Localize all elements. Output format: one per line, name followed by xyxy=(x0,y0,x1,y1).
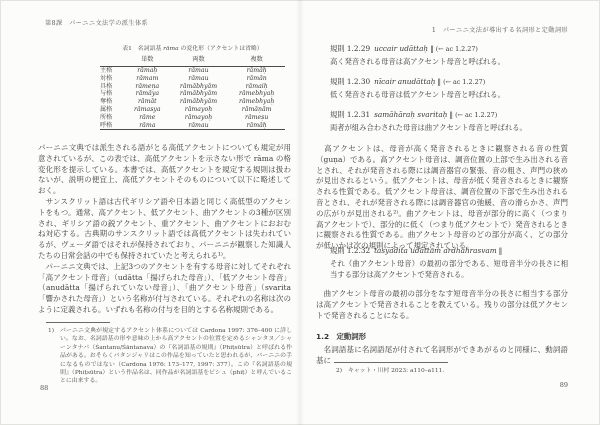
declension-table: 単数 両数 複数 主格 rāmaḥ rāmau rāmāḥ 対格 rāmam r… xyxy=(100,54,285,130)
danda-mark: ‖ xyxy=(430,44,434,53)
table-row-ablative: 奪格 rāmāt rāmābhyām rāmebhyaḥ xyxy=(100,98,285,106)
rule-1229: 規則 1.2.29uccair udāttaḥ‖(← ac 1.2.27) 高く… xyxy=(330,43,568,67)
paragraph-svarita-explanation: 曲アクセント母音の最初の部分をなす短母音半分の長さに相当する部分は高アクセントで… xyxy=(316,289,568,321)
footnote-separator-left xyxy=(46,322,110,323)
rule-translation: 両者が組み合わされた母音は曲アクセント母音と呼ばれる。 xyxy=(330,122,568,133)
case-label: 主格 xyxy=(100,67,126,75)
page-seam xyxy=(296,0,304,425)
case-label: 奪格 xyxy=(100,98,126,106)
form-sg: rāmāya xyxy=(126,90,169,98)
form-pl: rāmebhyaḥ xyxy=(228,98,285,106)
rule-1232: 規則 1.2.32tasyādita udāttam ardhahrasvam‖… xyxy=(330,245,568,280)
case-label: 属格 xyxy=(100,106,126,114)
rule-anuvrtti-note: (← ac 1.2.27) xyxy=(436,45,478,53)
table-row-accusative: 対格 rāmam rāmau rāmān xyxy=(100,75,285,83)
footnote-text: キャット・川村 2023: a110–a111. xyxy=(348,367,568,375)
page-number-right: 89 xyxy=(540,381,568,389)
form-sg: rāmasya xyxy=(126,106,169,114)
danda-mark: ‖ xyxy=(499,246,503,255)
table-row-instrumental: 具格 rāmeṇa rāmābhyām rāmaiḥ xyxy=(100,83,285,91)
footnote-separator-right xyxy=(334,362,448,363)
left-body-text: パーニニ文典では派生される語がとる高低アクセントについても規定が用意されているが… xyxy=(38,143,291,316)
case-label: 呼格 xyxy=(100,122,126,130)
right-body-text-1: 高アクセントは、母音が高く発音されるときに観察される音の性質（guṇa）である。… xyxy=(316,144,568,252)
footnote-right: 2) キャット・川村 2023: a110–a111. xyxy=(336,367,568,375)
form-du: rāmābhyām xyxy=(169,98,229,106)
right-body-text-2: 曲アクセント母音の最初の部分をなす短母音半分の長さに相当する部分は高アクセントで… xyxy=(316,289,568,321)
danda-mark: ‖ xyxy=(449,110,453,119)
paragraph-accent-intro: パーニニ文典では派生される語がとる高低アクセントについても規定が用意されているが… xyxy=(38,143,291,197)
rule-translation: 高く発音される母音は高アクセント母音と呼ばれる。 xyxy=(330,56,568,67)
rule-head: 規則 1.2.30nīcair anudāttaḥ‖(← ac 1.2.27) xyxy=(330,76,568,89)
footnote-number: 1) xyxy=(48,327,60,386)
rule-sutra: nīcair anudāttaḥ xyxy=(374,77,435,86)
header-empty-cell xyxy=(100,54,126,67)
footnote-text: パーニニ文典が規定するアクセント体系については Cardona 1997: 37… xyxy=(60,327,292,386)
form-du: rāmau xyxy=(169,67,229,75)
form-sg: rāmeṇa xyxy=(126,83,169,91)
form-du: rāmābhyām xyxy=(169,90,229,98)
rule-anuvrtti-note: (← ac 1.2.27) xyxy=(455,111,497,119)
rule-anuvrtti-note: (← ac 1.2.27) xyxy=(443,78,485,86)
section-heading: 1.2 定動詞形 xyxy=(316,331,366,342)
table-row-nominative: 主格 rāmaḥ rāmau rāmāḥ xyxy=(100,67,285,75)
form-du: rāmayoḥ xyxy=(169,114,229,122)
header-dual: 両数 xyxy=(169,54,229,67)
form-sg: rāme xyxy=(126,114,169,122)
case-label: 対格 xyxy=(100,75,126,83)
form-pl: rāmāṇām xyxy=(228,106,285,114)
rule-number: 規則 1.2.30 xyxy=(330,77,370,86)
header-plural: 複数 xyxy=(228,54,285,67)
table-caption-suffix: の変化形（アクセントは省略） xyxy=(179,46,263,52)
table-caption-prefix: 表1 名詞語基 xyxy=(122,46,163,52)
table-row-vocative: 呼格 rāma rāmau rāmāḥ xyxy=(100,122,285,130)
form-pl: rāmān xyxy=(228,75,285,83)
section-space xyxy=(329,332,336,341)
book-spread: 第8課 パーニニ文法学の派生体系 表1 名詞語基 rāma の変化形（アクセント… xyxy=(0,0,600,425)
table-row-locative: 所格 rāme rāmayoḥ rāmeṣu xyxy=(100,114,285,122)
rule-1231: 規則 1.2.31samāhāraḥ svaritaḥ‖(← ac 1.2.27… xyxy=(330,109,568,133)
rule-head: 規則 1.2.31samāhāraḥ svaritaḥ‖(← ac 1.2.27… xyxy=(330,109,568,122)
form-sg: rāmam xyxy=(126,75,169,83)
form-pl: rāmāḥ xyxy=(228,122,285,130)
table-caption-stem-word: rāma xyxy=(163,46,178,52)
form-sg: rāma xyxy=(126,122,169,130)
right-body-text-3: 名詞語基に名詞語尾が付されて名詞形ができあがるのと同様に、動詞語基に xyxy=(316,345,568,367)
header-singular: 単数 xyxy=(126,54,169,67)
form-pl: rāmeṣu xyxy=(228,114,285,122)
footnote-left: 1) パーニニ文典が規定するアクセント体系については Cardona 1997:… xyxy=(48,327,292,386)
section-number: 1.2 xyxy=(316,332,329,341)
form-du: rāmau xyxy=(169,122,229,130)
form-pl: rāmaiḥ xyxy=(228,83,285,91)
rule-number: 規則 1.2.31 xyxy=(330,110,370,119)
case-label: 所格 xyxy=(100,114,126,122)
form-sg: rāmaḥ xyxy=(126,67,169,75)
form-du: rāmābhyām xyxy=(169,83,229,91)
paragraph-accent-names: パーニニ文典では、上記3つのアクセントを有する母音に対してそれぞれ「高アクセント… xyxy=(38,262,291,316)
rule-sutra: uccair udāttaḥ xyxy=(374,44,428,53)
form-sg: rāmāt xyxy=(126,98,169,106)
rule-sutra: samāhāraḥ svaritaḥ xyxy=(374,110,447,119)
danda-mark: ‖ xyxy=(437,77,441,86)
form-pl: rāmebhyaḥ xyxy=(228,90,285,98)
rule-1230: 規則 1.2.30nīcair anudāttaḥ‖(← ac 1.2.27) … xyxy=(330,76,568,100)
table-row-genitive: 属格 rāmasya rāmayoḥ rāmāṇām xyxy=(100,106,285,114)
rule-translation: 低く発音される母音は低アクセント母音と呼ばれる。 xyxy=(330,89,568,100)
running-head-right: 1 パーニニ文法が導出する名詞形と定動詞形 xyxy=(316,25,568,34)
paragraph-finite-verb-intro: 名詞語基に名詞語尾が付されて名詞形ができあがるのと同様に、動詞語基に xyxy=(316,345,568,367)
form-du: rāmau xyxy=(169,75,229,83)
rule-translation: それ（曲アクセント母音）の最初の部分である、短母音半分の長さに相当する部分は高ア… xyxy=(330,258,568,280)
form-du: rāmayoḥ xyxy=(169,106,229,114)
rule-number: 規則 1.2.29 xyxy=(330,44,370,53)
rule-number: 規則 1.2.32 xyxy=(330,246,370,255)
running-head-left: 第8課 パーニニ文法学の派生体系 xyxy=(45,18,148,27)
table-row-dative: 与格 rāmāya rāmābhyām rāmebhyaḥ xyxy=(100,90,285,98)
rule-head: 規則 1.2.29uccair udāttaḥ‖(← ac 1.2.27) xyxy=(330,43,568,56)
footnote-number: 2) xyxy=(336,367,348,375)
form-pl: rāmāḥ xyxy=(228,67,285,75)
rule-head: 規則 1.2.32tasyādita udāttam ardhahrasvam‖ xyxy=(330,245,568,258)
declension-table-header: 単数 両数 複数 xyxy=(100,54,285,67)
paragraph-pitch-accent: サンスクリット語は古代ギリシア語や日本語と同じく高低型のアクセントをもつ。通常、… xyxy=(38,197,291,262)
paragraph-accent-phonetics: 高アクセントは、母音が高く発音されるときに観察される音の性質（guṇa）である。… xyxy=(316,144,568,252)
section-title: 定動詞形 xyxy=(337,332,367,341)
rule-sutra: tasyādita udāttam ardhahrasvam xyxy=(374,246,497,255)
table-caption: 表1 名詞語基 rāma の変化形（アクセントは省略） xyxy=(100,43,285,52)
page-number-left: 88 xyxy=(40,384,48,392)
